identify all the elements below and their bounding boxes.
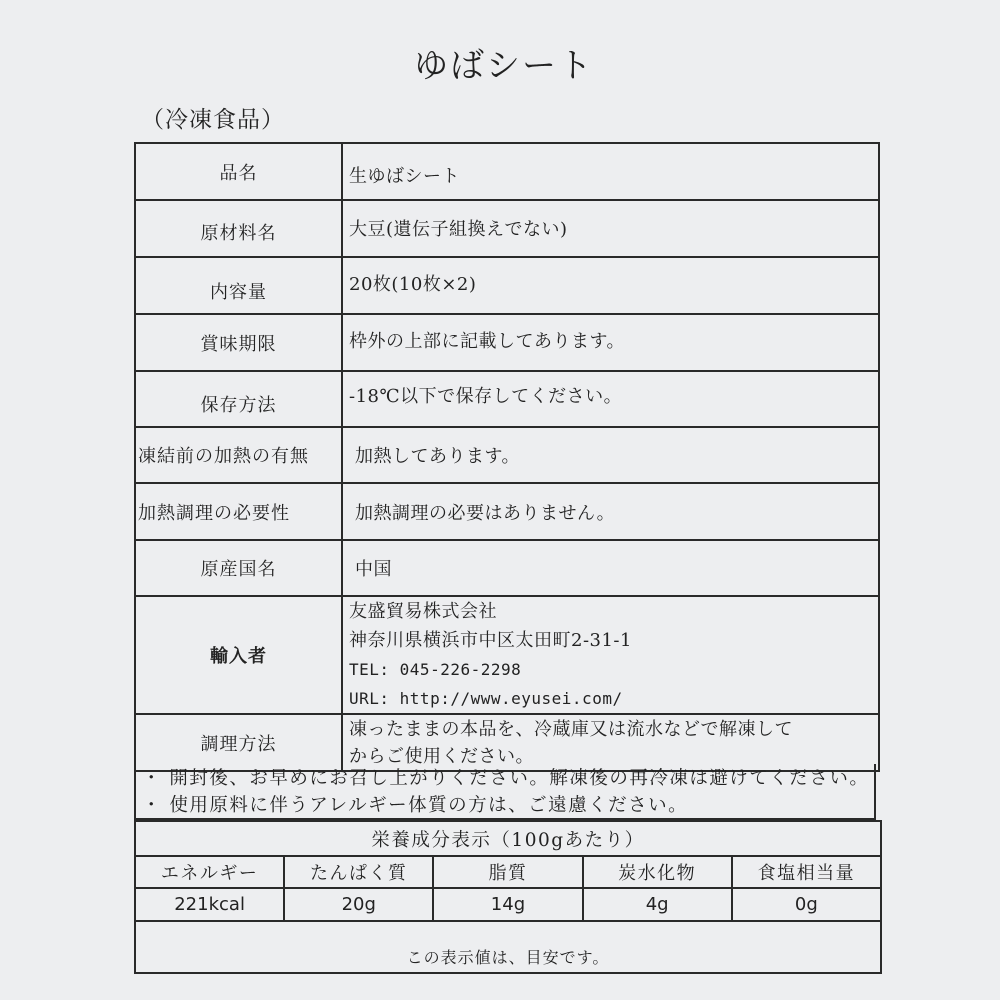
label-row-heated-before-freezing: 凍結前の加熱の有無 加熱してあります。	[135, 427, 879, 483]
nutrition-value-carbohydrate: 4g	[583, 888, 732, 921]
label-value: 加熱調理の必要はありません。	[342, 483, 879, 540]
cooking-instructions: 凍ったままの本品を、冷蔵庫又は流水などで解凍して からご使用ください。	[342, 714, 879, 771]
label-value: 生ゆばシート	[342, 143, 879, 200]
label-key: 凍結前の加熱の有無	[135, 427, 342, 483]
label-key: 品名	[135, 143, 342, 200]
label-key: 原材料名	[135, 200, 342, 257]
label-value: 大豆(遺伝子組換えでない)	[342, 200, 879, 257]
caution-note: ・ 使用原料に伴うアレルギー体質の方は、ご遠慮ください。	[142, 792, 874, 819]
nutrition-value-fat: 14g	[433, 888, 582, 921]
cooking-line-1: 凍ったままの本品を、冷蔵庫又は流水などで解凍して	[349, 716, 878, 743]
label-key: 加熱調理の必要性	[135, 483, 342, 540]
label-row-ingredients: 原材料名 大豆(遺伝子組換えでない)	[135, 200, 879, 257]
importer-url: URL: http://www.eyusei.com/	[349, 684, 878, 713]
caution-notes: ・ 開封後、お早めにお召し上がりください。解凍後の再冷凍は避けてください。 ・ …	[134, 764, 876, 820]
product-label-table: 品名 生ゆばシート 原材料名 大豆(遺伝子組換えでない) 内容量 20枚(10枚…	[134, 142, 880, 772]
nutrition-value-protein: 20g	[284, 888, 433, 921]
nutrition-value-energy: 221kcal	[135, 888, 284, 921]
label-key: 内容量	[135, 257, 342, 314]
nutrition-values-row: 221kcal 20g 14g 4g 0g	[135, 888, 881, 921]
nutrition-facts-table: 栄養成分表示（100gあたり） エネルギー たんぱく質 脂質 炭水化物 食塩相当…	[134, 820, 882, 974]
label-value: 20枚(10枚×2)	[342, 257, 879, 314]
nutrition-col-energy: エネルギー	[135, 856, 284, 888]
importer-address: 神奈川県横浜市中区太田町2-31-1	[349, 626, 878, 655]
label-row-storage: 保存方法 -18℃以下で保存してください。	[135, 371, 879, 427]
importer-tel: TEL: 045-226-2298	[349, 655, 878, 684]
nutrition-footnote: この表示値は、目安です。	[135, 921, 881, 973]
label-row-country-of-origin: 原産国名 中国	[135, 540, 879, 596]
product-title: ゆばシート	[0, 38, 1000, 87]
label-value: 中国	[342, 540, 879, 596]
nutrition-title: 栄養成分表示（100gあたり）	[135, 821, 881, 856]
label-value: 加熱してあります。	[342, 427, 879, 483]
nutrition-footnote-row: この表示値は、目安です。	[135, 921, 881, 973]
label-key: 輸入者	[135, 596, 342, 714]
importer-company: 友盛貿易株式会社	[349, 597, 878, 626]
label-key: 賞味期限	[135, 314, 342, 371]
label-row-cooking-required: 加熱調理の必要性 加熱調理の必要はありません。	[135, 483, 879, 540]
label-row-cooking-method: 調理方法 凍ったままの本品を、冷蔵庫又は流水などで解凍して からご使用ください。	[135, 714, 879, 771]
label-row-product-name: 品名 生ゆばシート	[135, 143, 879, 200]
nutrition-col-fat: 脂質	[433, 856, 582, 888]
nutrition-col-carbohydrate: 炭水化物	[583, 856, 732, 888]
label-key: 調理方法	[135, 714, 342, 771]
nutrition-value-salt: 0g	[732, 888, 881, 921]
label-row-best-before: 賞味期限 枠外の上部に記載してあります。	[135, 314, 879, 371]
nutrition-col-protein: たんぱく質	[284, 856, 433, 888]
frozen-food-subtitle: （冷凍食品）	[141, 101, 285, 134]
nutrition-col-salt: 食塩相当量	[732, 856, 881, 888]
label-row-contents: 内容量 20枚(10枚×2)	[135, 257, 879, 314]
label-value: -18℃以下で保存してください。	[342, 371, 879, 427]
nutrition-title-row: 栄養成分表示（100gあたり）	[135, 821, 881, 856]
label-key: 原産国名	[135, 540, 342, 596]
caution-note: ・ 開封後、お早めにお召し上がりください。解凍後の再冷凍は避けてください。	[142, 765, 874, 792]
importer-details: 友盛貿易株式会社 神奈川県横浜市中区太田町2-31-1 TEL: 045-226…	[342, 596, 879, 714]
label-key: 保存方法	[135, 371, 342, 427]
label-row-importer: 輸入者 友盛貿易株式会社 神奈川県横浜市中区太田町2-31-1 TEL: 045…	[135, 596, 879, 714]
nutrition-header-row: エネルギー たんぱく質 脂質 炭水化物 食塩相当量	[135, 856, 881, 888]
label-value: 枠外の上部に記載してあります。	[342, 314, 879, 371]
